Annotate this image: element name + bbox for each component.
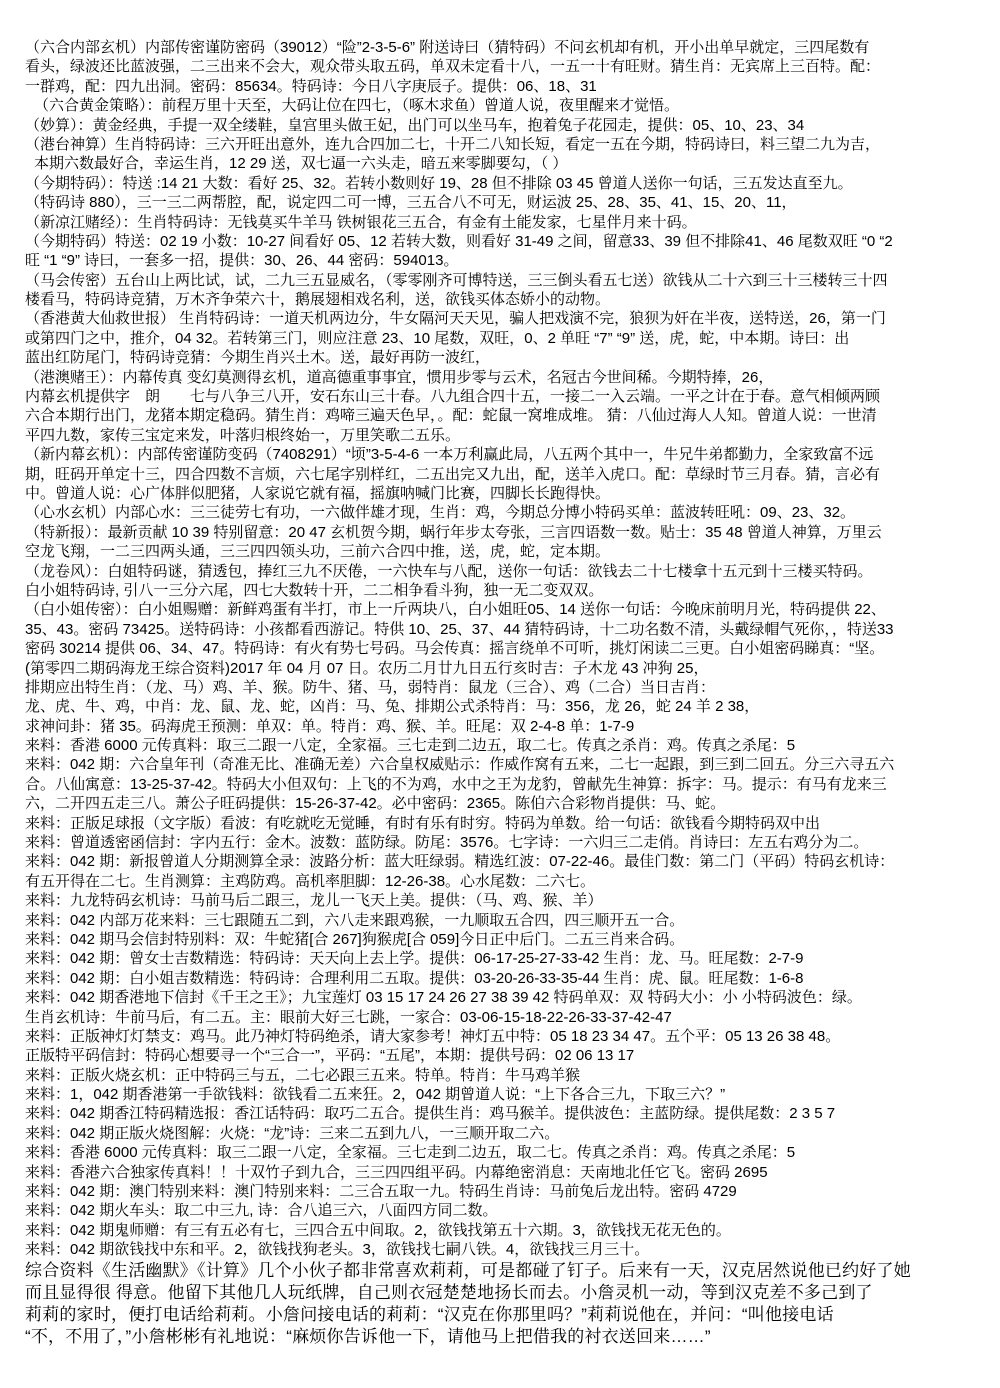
text-line: （新凉江赌经）：生肖特码诗：无钱莫买牛羊马 铁树银花三五合，有金有土能发家，七星… [25,213,986,232]
text-line: 来料：香港六合独家传真料！！十双竹子到九合，三三四四组平码。内幕绝密消息：天南地… [25,1163,986,1182]
text-line: 来料：042 期马会信封特别料：双：牛蛇猪[合 267]狗猴虎[合 059]今日… [25,930,986,949]
footer-text-line: 综合资料《生活幽默》《计算》几个小伙子都非常喜欢莉莉，可是都碰了钉子。后来有一天… [25,1260,986,1282]
text-line: 来料：曾道透密函信封：字内五行：金木。波数：蓝防绿。防尾：3576。七字诗：一六… [25,833,986,852]
document-body: （六合内部玄机）内部传密谨防密码（39012）“险”2-3-5-6” 附送诗曰（… [25,38,986,1260]
text-line: 有五开得在二七。生肖测算：主鸡防鸡。高机率胆脚：12-26-38。心水尾数：二六… [25,872,986,891]
text-line: 来料：042 期：曾女士吉数精选：特码诗：天天向上去上学。提供：06-17-25… [25,949,986,968]
document-footer-paragraph: 综合资料《生活幽默》《计算》几个小伙子都非常喜欢莉莉，可是都碰了钉子。后来有一天… [25,1260,986,1348]
text-line: 白小姐特码诗, 引八一三分六尾，四七大数转十开，二二相争看斗狗，独一无二变双双。 [25,581,986,600]
text-line: 六合本期行出门，龙猪本期定稳码。猜生肖：鸡啼三遍天色早，。配：蛇鼠一窝堆成堆。 … [25,406,986,425]
text-line: （心水玄机）内部心水：三三徒劳七有功，一六做伴雄才现，生肖：鸡，今期总分博小特码… [25,503,986,522]
text-line: 来料：042 内部万花来料：三七跟随五二到，六八走来跟鸡猴，一九顺取五合四，四三… [25,911,986,930]
text-line: （新内幕玄机）：内部传密谨防变码（7408291）“顷”3-5-4-6 一本万利… [25,445,986,464]
text-line: （特码诗 880），三一三二两帮腔，配，说定四二可一博，三五合八不可无，财运波 … [25,193,986,212]
text-line: 一群鸡，配：四九出洞。密码：85634。特码诗：今日八字庚辰子。提供：06、18… [25,77,986,96]
text-line: 六，二开四五走三八。萧公子旺码提供：15-26-37-42。必中密码：2365。… [25,794,986,813]
text-line: 来料：042 期欲钱找中东和平。2，欲钱找狗老头。3，欲钱找七嗣八铁。4，欲钱找… [25,1240,986,1259]
text-line: (第零四二期码海龙王综合资料)2017 年 04 月 07 日。农历二月廿九日五… [25,659,986,678]
text-line: 看头，绿波还比蓝波强，二三出来不会大，观众带头取五码，单双未定看十八，一五一十有… [25,57,986,76]
text-line: 来料：042 期香江特码精选报：香江话特码：取巧二五合。提供生肖：鸡马猴羊。提供… [25,1104,986,1123]
text-line: 空龙飞翔，一二三四两头通，三三四四领头功，三前六合四中推，送，虎，蛇，定本期。 [25,542,986,561]
footer-text-line: 莉莉的家时，便打电话给莉莉。小詹问接电话的莉莉：“汉克在你那里吗？”莉莉说他在，… [25,1304,986,1326]
text-line: 来料：042 期：新报曾道人分期测算全录：波路分析：蓝大旺绿弱。精选红波：07-… [25,852,986,871]
text-line: （特新报）：最新贡献 10 39 特别留意：20 47 玄机贺今期，蜗行年步太夸… [25,523,986,542]
text-line: 来料：正版神灯灯禁支：鸡马。此乃神灯特码绝杀，请大家参考！神灯五中特：05 18… [25,1027,986,1046]
text-line: 龙、虎、牛、鸡，中肖：龙、鼠、龙、蛇，凶肖：马、兔、排期公式杀特肖：马：356，… [25,697,986,716]
footer-text-line: 而且显得很 得意。他留下其他几人玩纸牌，自己则衣冠楚楚地扬长而去。小詹灵机一动，… [25,1282,986,1304]
text-line: （今期特码）：特送 :14 21 大数：看好 25、32。若转小数则好 19、2… [25,174,986,193]
text-line: 楼看马，特码诗竞猜，万木齐争荣六十，鹅展翅相戏名利，送，欲钱买体态娇小的动物。 [25,290,986,309]
text-line: 来料：九龙特码玄机诗：马前马后二跟三，龙儿一飞天上美。提供：（马、鸡、猴、羊） [25,891,986,910]
text-line: 来料：042 期鬼师赠：有三有五必有七，三四合五中间取。2，欲钱找第五十六期。3… [25,1221,986,1240]
text-line: 蓝出红防尾门，特码诗竞猜：今期生肖兴土木。送，最好再防一波红， [25,348,986,367]
text-line: （白小姐传密）：白小姐赐赠：新鲜鸡蛋有半打，市上一斤两块八，白小姐旺05、14 … [25,600,986,619]
text-line: 求神问卦：猪 35。码海虎王预测：单双：单。特肖：鸡、猴、羊。旺尾：双 2-4-… [25,717,986,736]
text-line: （港澳赌王）：内幕传真 变幻莫测得玄机，道高德重事事宜，惯用步零与云术，名冠古今… [25,368,986,387]
text-line: （马会传密）五台山上两比试，试，二九三五显威名，（零零刚齐可博特送，三三倒头看五… [25,271,986,290]
text-line: （香港黄大仙救世报） 生肖特码诗：一道天机两边分，牛女隔河天天见，骗人把戏演不完… [25,309,986,328]
text-line: （今期特码）特送：02 19 小数：10-27 间看好 05、12 若转大数，则… [25,232,986,251]
text-line: 旺 “1 “9” 诗曰，一套多一招，提供：30、26、44 密码：594013。 [25,251,986,270]
text-line: （妙算）：黄金经典，手提一双全缕鞋，皇宫里头做王妃，出门可以坐马车，抱着兔子花园… [25,116,986,135]
text-line: 来料：正版火烧玄机：正中特码三与五，二七必跟三五来。特单。特肖：牛马鸡羊猴 [25,1066,986,1085]
text-line: 生肖玄机诗：牛前马后，有二五。主：眼前大好三七跳，一家合：03-06-15-18… [25,1008,986,1027]
text-line: （龙卷风）：白姐特码谜，猜透包，捧红三九不厌倦，一六快车与八配，送你一句话：欲钱… [25,562,986,581]
document-page: （六合内部玄机）内部传密谨防密码（39012）“险”2-3-5-6” 附送诗曰（… [0,0,1000,1388]
text-line: （六合内部玄机）内部传密谨防密码（39012）“险”2-3-5-6” 附送诗曰（… [25,38,986,57]
text-line: （港台神算）生肖特码诗：三六开旺出意外，连九合四加二七，十开二八知长短，看定一五… [25,135,986,154]
text-line: 35、43。密码 73425。送特码诗：小孩都看西游记。特供 10、25、37、… [25,620,986,639]
text-line: 来料：1，042 期香港第一手欲钱料：欲钱看二五来狂。2，042 期曾道人说：“… [25,1085,986,1104]
footer-text-line: “不，不用了，”小詹彬彬有礼地说：“麻烦你告诉他一下，请他马上把借我的衬衣送回来… [25,1326,986,1348]
text-line: （六合黄金策略）：前程万里十天至，大码让位在四七，（啄木求鱼）曾道人说，夜里醒来… [25,96,986,115]
text-line: 来料：042 期：六合皇年刊（奇准无比、准确无差）六合皇权威贴示：作威作窝有五来… [25,755,986,774]
text-line: 或第四门之中，推介，04 32。若转第三门，则应注意 23、10 尾数，双旺，0… [25,329,986,348]
text-line: 正版特平码信封：特码心想要寻一个“三合一”，平码：“五尾”，本期：提供号码：02… [25,1046,986,1065]
text-line: 期，旺码开单定十三，四合四数不言烦，六七尾字别样红，二五出完又九出，配，送羊入虎… [25,465,986,484]
text-line: 来料：正版足球报（文字版）看波：有吃就吃无觉睡，有时有乐有时穷。特码为单数。给一… [25,814,986,833]
text-line: 内幕玄机提供字 朗 七与八争三八开，安石东山三十春。八九组合四十五，一接二一入云… [25,387,986,406]
text-line: 来料：042 期：澳门特别来料：澳门特别来料：二三合五取一九。特码生肖诗：马前兔… [25,1182,986,1201]
text-line: 排期应出特生肖：（龙、马）鸡、羊、猴。防牛、猪、马，弱特肖：鼠龙（三合）、鸡（二… [25,678,986,697]
text-line: 来料：042 期正版火烧图解：火烧：“龙”诗：三来二五到九八，一三顺开取二六。 [25,1124,986,1143]
text-line: 中。曾道人说：心广体胖似肥猪，人家说它就有福，摇旗呐喊门比赛，四脚长长跑得快。 [25,484,986,503]
text-line: 本期六数最好合，幸运生肖，12 29 送，双七逼一六头走，暗五来零脚要勾，（ ） [25,154,986,173]
text-line: 来料：042 期香港地下信封《千王之王》；九宝莲灯 03 15 17 24 26… [25,988,986,1007]
text-line: 平四九数，家传三宝定来发，叶落归根终始一，万里笑歌二五乐。 [25,426,986,445]
text-line: 来料：042 期：白小姐吉数精选：特码诗：合理利用二五取。提供：03-20-26… [25,969,986,988]
text-line: 来料：042 期火车头：取二中三九, 诗：合八追三六，八面四方同二数。 [25,1201,986,1220]
text-line: 合。八仙寓意：13-25-37-42。特码大小但双句：上飞的不为鸡，水中之王为龙… [25,775,986,794]
text-line: 来料：香港 6000 元传真料：取三二跟一八定，全家福。三七走到二边五，取二七。… [25,736,986,755]
text-line: 来料：香港 6000 元传真料：取三二跟一八定，全家福。三七走到二边五，取二七。… [25,1143,986,1162]
text-line: 密码 30214 提供 06、34、47。特码诗：有火有势七号码。马会传真：摇言… [25,639,986,658]
